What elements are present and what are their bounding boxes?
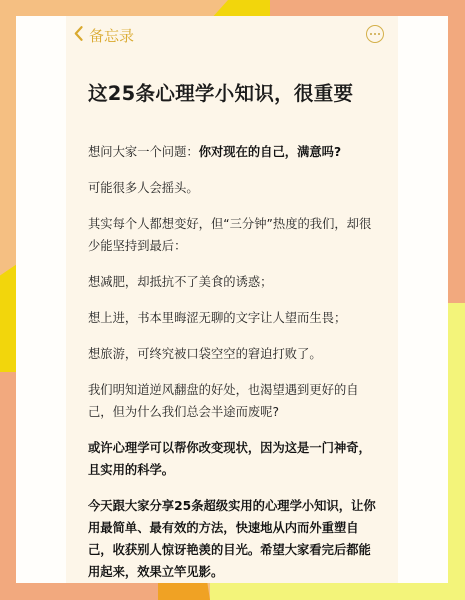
chevron-left-icon	[74, 26, 89, 45]
screenshot-card: 备忘录 这25条心理学小知识，很重要 想问大家一个问题：你对现在的自己，满意吗?…	[16, 16, 448, 583]
paragraph: 想旅游，可终究被口袋空空的窘迫打败了。	[88, 343, 383, 365]
ellipsis-dot	[378, 33, 380, 35]
paragraph-question: 想问大家一个问题：你对现在的自己，满意吗?	[88, 141, 383, 163]
notes-screen: 备忘录 这25条心理学小知识，很重要 想问大家一个问题：你对现在的自己，满意吗?…	[66, 16, 398, 583]
paragraph: 可能很多人会摇头。	[88, 177, 383, 199]
back-label: 备忘录	[89, 25, 134, 46]
note-body[interactable]: 想问大家一个问题：你对现在的自己，满意吗? 可能很多人会摇头。 其实每个人都想变…	[88, 141, 383, 597]
question-lead: 想问大家一个问题：	[88, 145, 199, 159]
paragraph-bold: 今天跟大家分享25条超级实用的心理学小知识，让你用最简单、最有效的方法，快速地从…	[88, 495, 383, 583]
paragraph-bold: 或许心理学可以帮你改变现状，因为这是一门神奇，且实用的科学。	[88, 437, 383, 481]
note-title: 这25条心理学小知识，很重要	[88, 78, 388, 106]
notes-nav-bar: 备忘录	[66, 16, 398, 56]
paragraph: 其实每个人都想变好，但“三分钟”热度的我们，却很少能坚持到最后：	[88, 213, 383, 257]
question-emphasis: 你对现在的自己，满意吗?	[199, 145, 341, 159]
back-button[interactable]: 备忘录	[74, 25, 134, 46]
paragraph: 我们明知道逆风翻盘的好处，也渴望遇到更好的自己，但为什么我们总会半途而废呢?	[88, 379, 383, 423]
paragraph: 想减肥，却抵抗不了美食的诱惑；	[88, 271, 383, 293]
ellipsis-dot	[374, 33, 376, 35]
paragraph: 想上进，书本里晦涩无聊的文字让人望而生畏；	[88, 307, 383, 329]
more-button[interactable]	[366, 25, 384, 43]
ellipsis-circle-icon	[370, 33, 372, 35]
